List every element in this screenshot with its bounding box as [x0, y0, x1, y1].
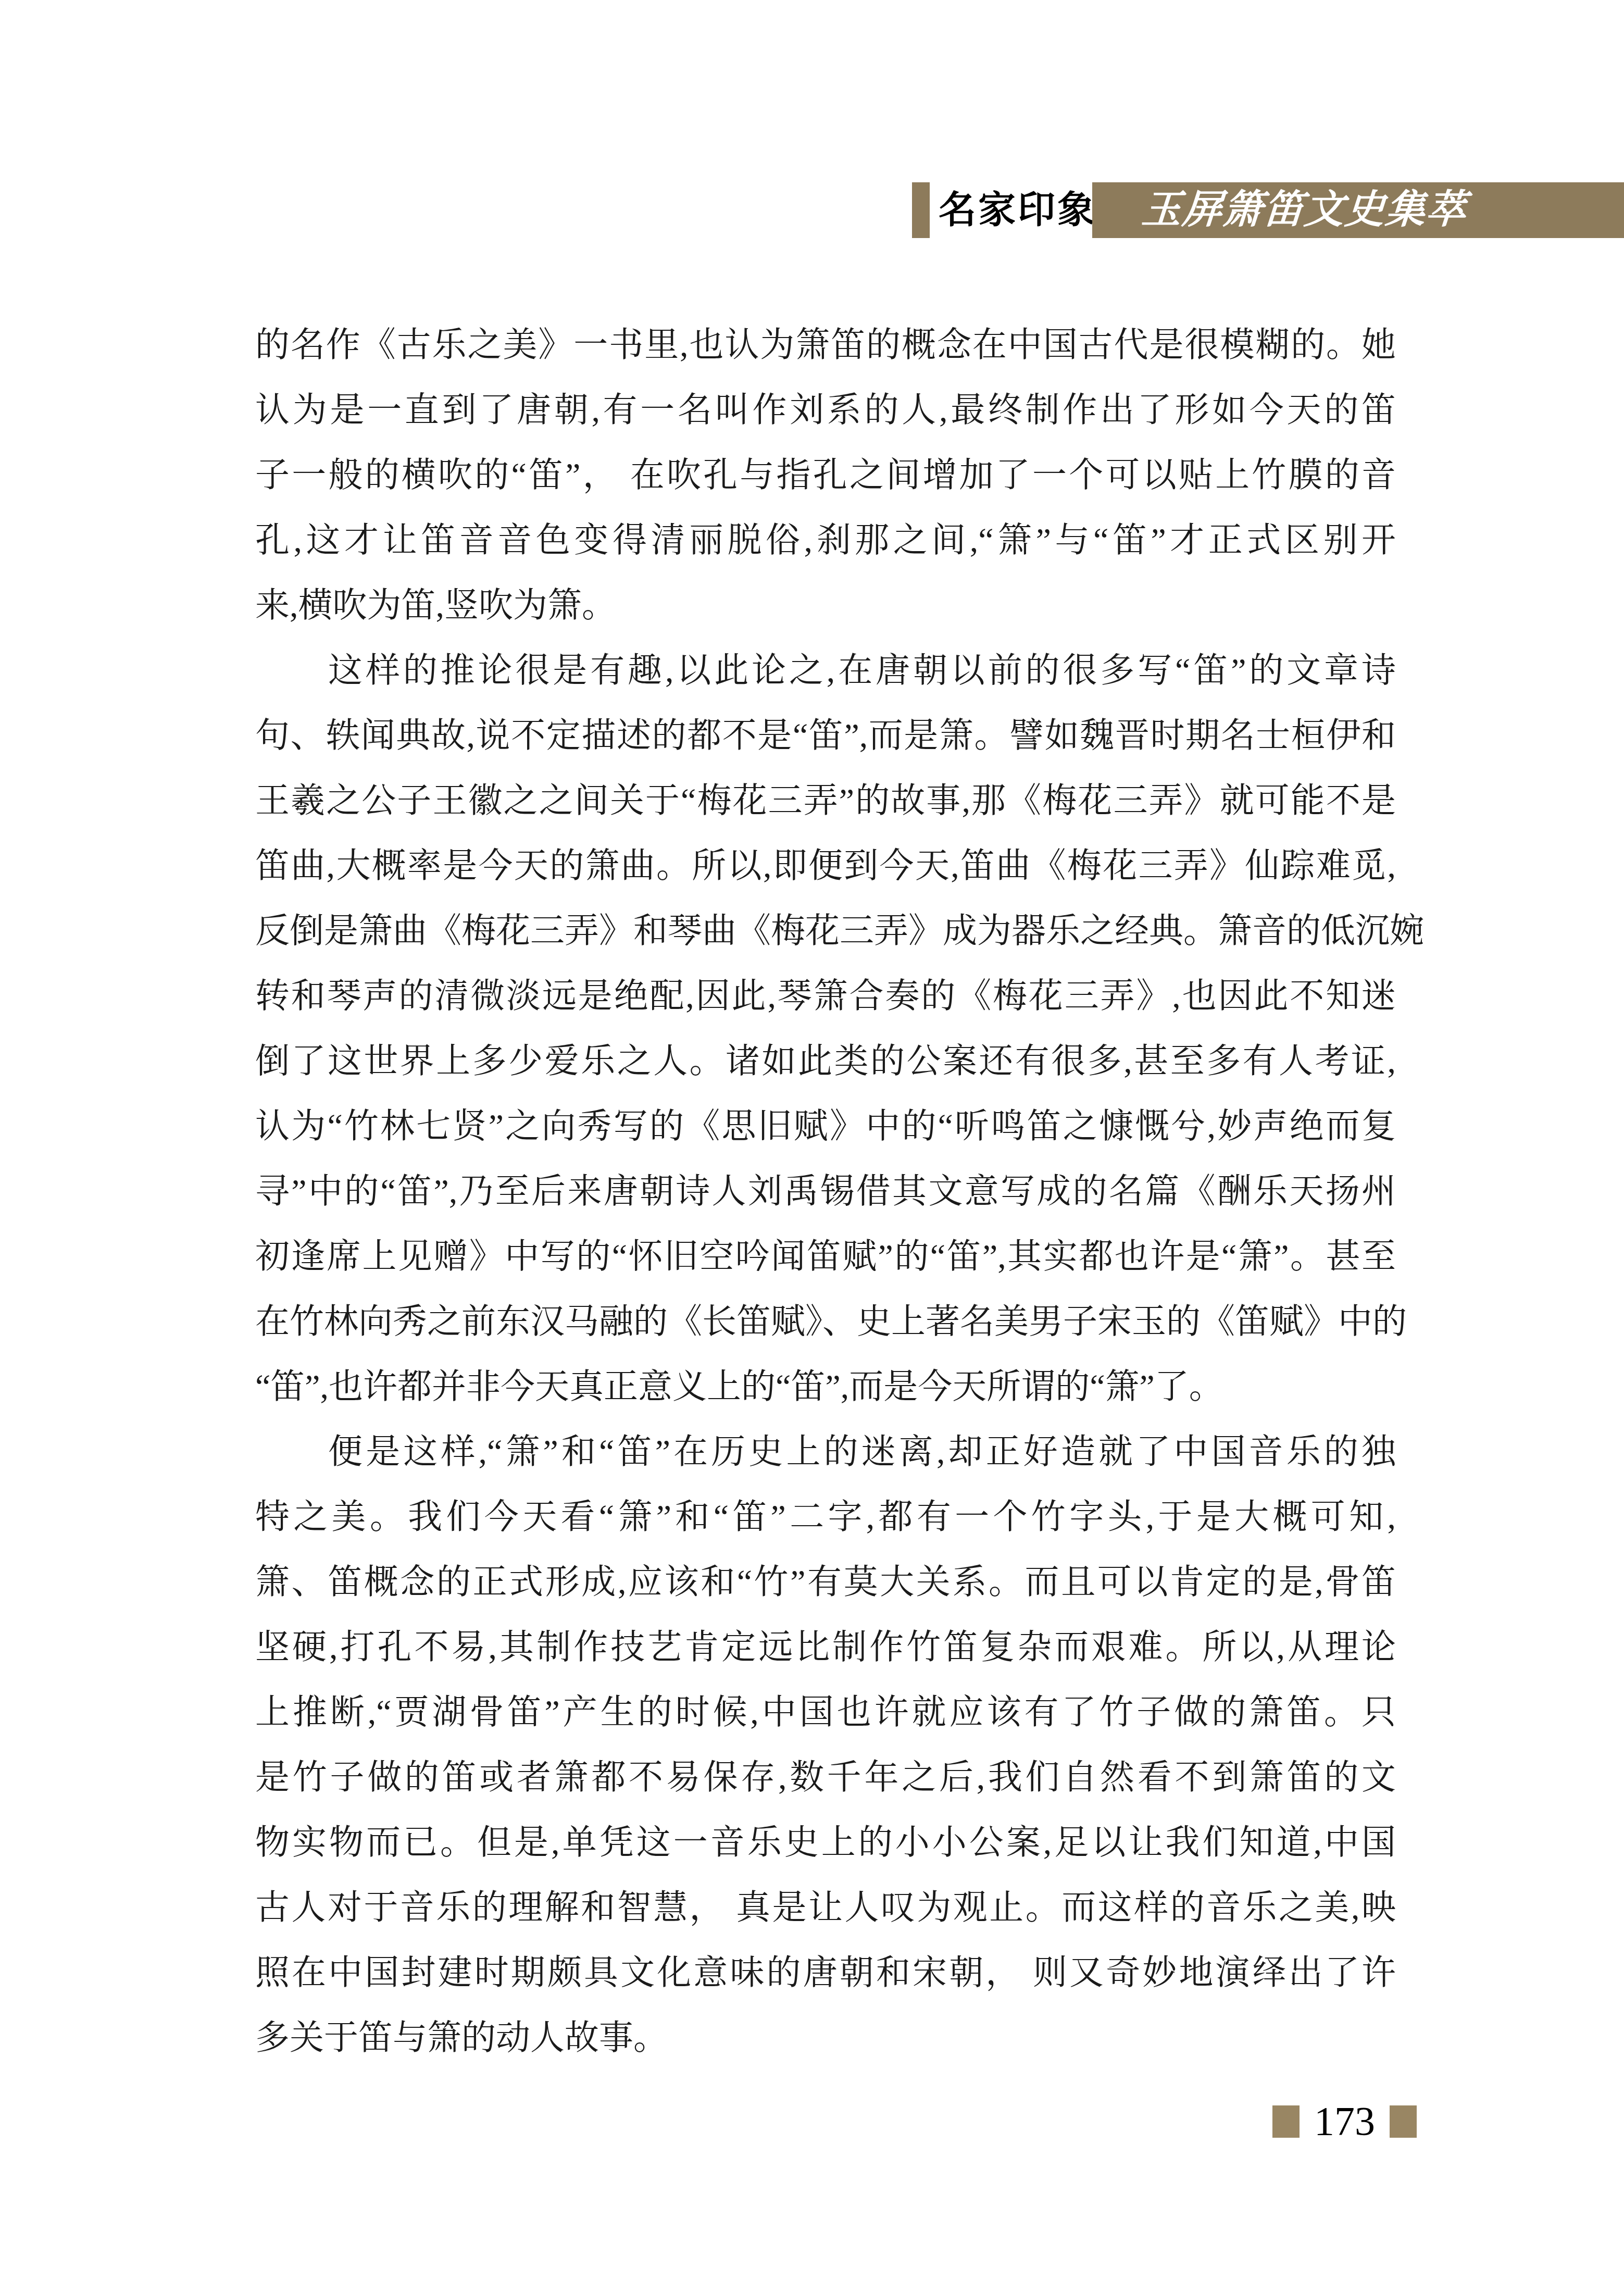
text-line: 转和琴声的清微淡远是绝配,因此,琴箫合奏的《梅花三弄》,也因此不知迷	[255, 964, 1396, 1029]
text-line: 特之美。我们今天看“箫”和“笛”二字,都有一个竹字头,于是大概可知,	[255, 1485, 1396, 1550]
text-line: 寻”中的“笛”,乃至后来唐朝诗人刘禹锡借其文意写成的名篇《酬乐天扬州	[255, 1159, 1396, 1224]
paragraph: 便是这样,“箫”和“笛”在历史上的迷离,却正好造就了中国音乐的独特之美。我们今天…	[255, 1419, 1396, 2071]
text-line: 多关于笛与箫的动人故事。	[255, 2005, 1396, 2071]
text-line: 的名作《古乐之美》一书里,也认为箫笛的概念在中国古代是很模糊的。她	[255, 313, 1396, 378]
text-line: 笛曲,大概率是今天的箫曲。所以,即便到今天,笛曲《梅花三弄》仙踪难觅,	[255, 833, 1396, 899]
header-accent-bar	[912, 182, 930, 238]
header-band: 玉屏箫笛文史集萃	[1092, 182, 1624, 238]
footer-square-left	[1272, 2105, 1300, 2138]
text-line: 倒了这世界上多少爱乐之人。诸如此类的公案还有很多,甚至多有人考证,	[255, 1029, 1396, 1094]
text-line: 句、轶闻典故,说不定描述的都不是“笛”,而是箫。譬如魏晋时期名士桓伊和	[255, 703, 1396, 768]
text-line: 这样的推论很是有趣,以此论之,在唐朝以前的很多写“笛”的文章诗	[255, 638, 1396, 703]
text-line: 便是这样,“箫”和“笛”在历史上的迷离,却正好造就了中国音乐的独	[255, 1419, 1396, 1485]
text-line: 上推断,“贾湖骨笛”产生的时候,中国也许就应该有了竹子做的箫笛。只	[255, 1680, 1396, 1745]
text-line: 孔,这才让笛音音色变得清丽脱俗,刹那之间,“箫”与“笛”才正式区别开	[255, 508, 1396, 573]
text-line: “笛”,也许都并非今天真正意义上的“笛”,而是今天所谓的“箫”了。	[255, 1354, 1396, 1419]
paragraph: 的名作《古乐之美》一书里,也认为箫笛的概念在中国古代是很模糊的。她认为是一直到了…	[255, 313, 1396, 638]
text-line: 物实物而已。但是,单凭这一音乐史上的小小公案,足以让我们知道,中国	[255, 1810, 1396, 1875]
text-line: 照在中国封建时期颇具文化意味的唐朝和宋朝， 则又奇妙地演绎出了许	[255, 1940, 1396, 2005]
page-number: 173	[1300, 2100, 1390, 2142]
text-line: 认为“竹林七贤”之向秀写的《思旧赋》中的“听鸣笛之慷慨兮,妙声绝而复	[255, 1094, 1396, 1159]
text-line: 来,横吹为笛,竖吹为箫。	[255, 573, 1396, 638]
text-line: 坚硬,打孔不易,其制作技艺肯定远比制作竹笛复杂而艰难。所以,从理论	[255, 1615, 1396, 1680]
text-line: 是竹子做的笛或者箫都不易保存,数千年之后,我们自然看不到箫笛的文	[255, 1745, 1396, 1810]
text-line: 在竹林向秀之前东汉马融的《长笛赋》、史上著名美男子宋玉的《笛赋》中的	[255, 1289, 1396, 1354]
body-text: 的名作《古乐之美》一书里,也认为箫笛的概念在中国古代是很模糊的。她认为是一直到了…	[255, 313, 1396, 2071]
text-line: 认为是一直到了唐朝,有一名叫作刘系的人,最终制作出了形如今天的笛	[255, 378, 1396, 443]
text-line: 初逢席上见赠》中写的“怀旧空吟闻笛赋”的“笛”,其实都也许是“箫”。甚至	[255, 1224, 1396, 1289]
text-line: 子一般的横吹的“笛”， 在吹孔与指孔之间增加了一个可以贴上竹膜的音	[255, 443, 1396, 508]
paragraph: 这样的推论很是有趣,以此论之,在唐朝以前的很多写“笛”的文章诗句、轶闻典故,说不…	[255, 638, 1396, 1419]
book-title-calligraphy: 玉屏箫笛文史集萃	[1140, 182, 1468, 238]
text-line: 箫、笛概念的正式形成,应该和“竹”有莫大关系。而且可以肯定的是,骨笛	[255, 1550, 1396, 1615]
text-line: 反倒是箫曲《梅花三弄》和琴曲《梅花三弄》成为器乐之经典。箫音的低沉婉	[255, 899, 1396, 964]
text-line: 王羲之公子王徽之之间关于“梅花三弄”的故事,那《梅花三弄》就可能不是	[255, 768, 1396, 833]
footer-square-right	[1390, 2105, 1417, 2138]
section-label: 名家印象	[939, 182, 1097, 238]
text-line: 古人对于音乐的理解和智慧， 真是让人叹为观止。而这样的音乐之美,映	[255, 1875, 1396, 1940]
book-page: { "header": { "section_label": "名家印象", "…	[0, 0, 1624, 2269]
